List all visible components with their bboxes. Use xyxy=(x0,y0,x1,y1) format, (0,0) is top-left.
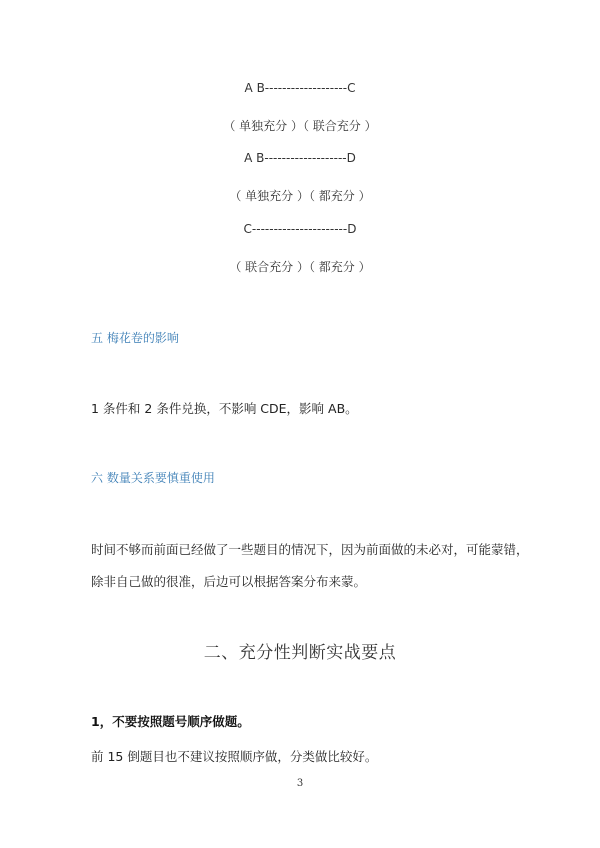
diagram-note-ab-c: （ 单独充分 ）（ 联合充分 ） xyxy=(0,117,600,134)
section6-line-2: 除非自己做的很准，后边可以根据答案分布来蒙。 xyxy=(91,572,366,590)
chapter2-title: 二、充分性判断实战要点 xyxy=(0,638,600,663)
section6-heading: 六 数量关系要慎重使用 xyxy=(91,469,215,486)
chapter2-item1-heading: 1，不要按照题号顺序做题。 xyxy=(91,712,250,730)
document-page: A B-------------------C （ 单独充分 ）（ 联合充分 ）… xyxy=(0,0,600,848)
diagram-note-ab-d: （ 单独充分 ）（ 都充分 ） xyxy=(0,187,600,204)
diagram-note-c-d: （ 联合充分 ）（ 都充分 ） xyxy=(0,258,600,275)
section5-heading: 五 梅花卷的影响 xyxy=(91,329,179,346)
diagram-line-c-d: C----------------------D xyxy=(0,222,600,236)
diagram-line-ab-d: A B-------------------D xyxy=(0,151,600,165)
section6-line-1: 时间不够而前面已经做了一些题目的情况下，因为前面做的未必对，可能蒙错， xyxy=(91,540,529,558)
section5-text: 1 条件和 2 条件兑换，不影响 CDE，影响 AB。 xyxy=(91,399,358,417)
diagram-line-ab-c: A B-------------------C xyxy=(0,81,600,95)
page-number: 3 xyxy=(0,778,600,789)
chapter2-item1-text: 前 15 倒题目也不建议按照顺序做，分类做比较好。 xyxy=(91,747,377,765)
